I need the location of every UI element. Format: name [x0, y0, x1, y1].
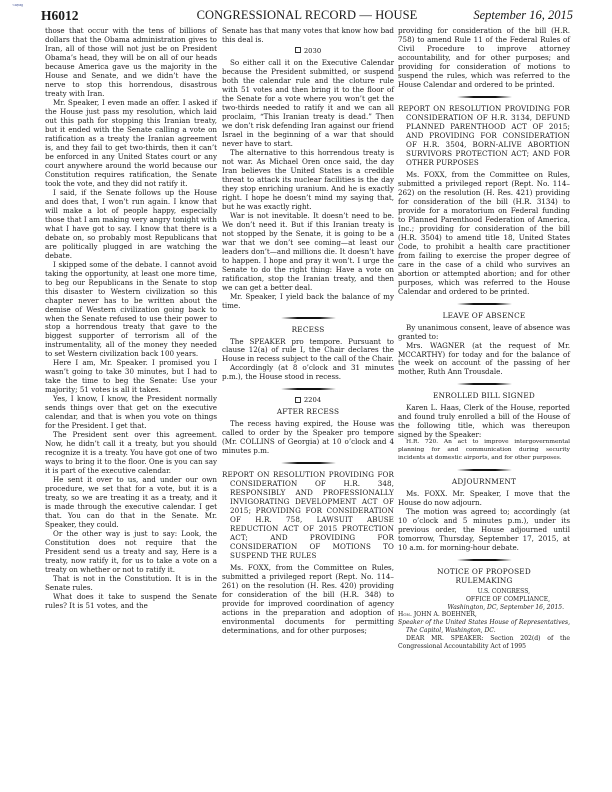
paragraph: What does it take to suspend the Senate … — [45, 592, 217, 610]
section-heading-after-recess: AFTER RECESS — [222, 407, 394, 416]
paragraph: those that occur with the tens of billio… — [45, 26, 217, 98]
section-heading-report-hr348: REPORT ON RESOLUTION PROVIDING FOR CONSI… — [222, 470, 394, 560]
section-heading-recess: RECESS — [222, 325, 394, 334]
section-heading-adjournment: ADJOURNMENT — [398, 477, 570, 486]
paragraph: The President sent over this agreement. … — [45, 430, 217, 475]
paragraph: Ms. FOXX, from the Committee on Rules, s… — [398, 170, 570, 296]
section-divider — [281, 462, 336, 464]
paragraph: Mr. Speaker, I yield back the balance of… — [222, 292, 394, 310]
letter-recipient-name: Hon. JOHN A. BOEHNER, — [398, 611, 570, 619]
paragraph: I skipped some of the debate. I cannot a… — [45, 260, 217, 359]
paragraph: The recess having expired, the House was… — [222, 419, 394, 455]
paragraph: By unanimous consent, leave of absence w… — [398, 323, 570, 341]
paragraph: providing for consideration of the bill … — [398, 26, 570, 89]
enrolled-bill-entry: H.R. 720. An act to improve intergovernm… — [398, 439, 570, 462]
section-heading-report-hr3134: REPORT ON RESOLUTION PROVIDING FOR CONSI… — [398, 104, 570, 167]
letter-sender-line1: U.S. CONGRESS, — [398, 588, 570, 596]
paragraph: Here I am, Mr. Speaker. I promised you I… — [45, 358, 217, 394]
time-box-icon — [295, 397, 301, 403]
paragraph: So either call it on the Executive Calen… — [222, 58, 394, 148]
section-divider — [457, 303, 512, 305]
letter-place-date: Washington, DC, September 16, 2015. — [398, 604, 570, 612]
section-heading-notice: NOTICE OF PROPOSED RULEMAKING — [398, 567, 570, 585]
paragraph: Yes, I know, I know, the President norma… — [45, 394, 217, 430]
letter-recipient-title: Speaker of the United States House of Re… — [398, 619, 570, 635]
paragraph: Mrs. WAGNER (at the request of Mr. MCCAR… — [398, 341, 570, 377]
section-divider — [281, 388, 336, 390]
paragraph: War is not inevitable. It doesn’t need t… — [222, 211, 394, 292]
paragraph: Ms. FOXX. Mr. Speaker, I move that the H… — [398, 489, 570, 507]
section-heading-leave-of-absence: LEAVE OF ABSENCE — [398, 311, 570, 320]
section-divider — [457, 559, 512, 561]
section-divider — [457, 469, 512, 471]
column-2: Senate has that many votes that know how… — [222, 26, 394, 635]
letter-sender-line2: OFFICE OF COMPLIANCE, — [398, 596, 570, 604]
archive-stamp-mark: ~ʷᵖᵃᵍ — [12, 3, 38, 13]
issue-date: September 16, 2015 — [473, 8, 573, 23]
section-divider — [281, 317, 336, 319]
page-header: H6012 CONGRESSIONAL RECORD — HOUSE Septe… — [41, 8, 573, 24]
section-divider — [457, 96, 512, 98]
letter-body: DEAR MR. SPEAKER: Section 202(d) of the … — [398, 635, 570, 651]
time-marker: 2030 — [222, 47, 394, 56]
time-box-icon — [295, 47, 301, 53]
column-3: providing for consideration of the bill … — [398, 26, 570, 650]
time-marker: 2204 — [222, 396, 394, 405]
paragraph: Or the other way is just to say: Look, t… — [45, 529, 217, 574]
paragraph: Senate has that many votes that know how… — [222, 26, 394, 44]
paragraph: That is not in the Constitution. It is i… — [45, 574, 217, 592]
paragraph: Ms. FOXX, from the Committee on Rules, s… — [222, 563, 394, 635]
section-heading-enrolled-bill: ENROLLED BILL SIGNED — [398, 391, 570, 400]
paragraph: The SPEAKER pro tempore. Pursuant to cla… — [222, 337, 394, 364]
paragraph: He sent it over to us, and under our own… — [45, 475, 217, 529]
section-divider — [457, 383, 512, 385]
paragraph: Accordingly (at 8 o’clock and 31 minutes… — [222, 363, 394, 381]
paragraph: The motion was agreed to; accordingly (a… — [398, 507, 570, 552]
paragraph: The alternative to this horrendous treat… — [222, 148, 394, 211]
paragraph: Mr. Speaker, I even made an offer. I ask… — [45, 98, 217, 188]
paragraph: Karen L. Haas, Clerk of the House, repor… — [398, 403, 570, 439]
column-1: those that occur with the tens of billio… — [45, 26, 217, 610]
paragraph: I said, if the Senate follows up the Hou… — [45, 188, 217, 260]
